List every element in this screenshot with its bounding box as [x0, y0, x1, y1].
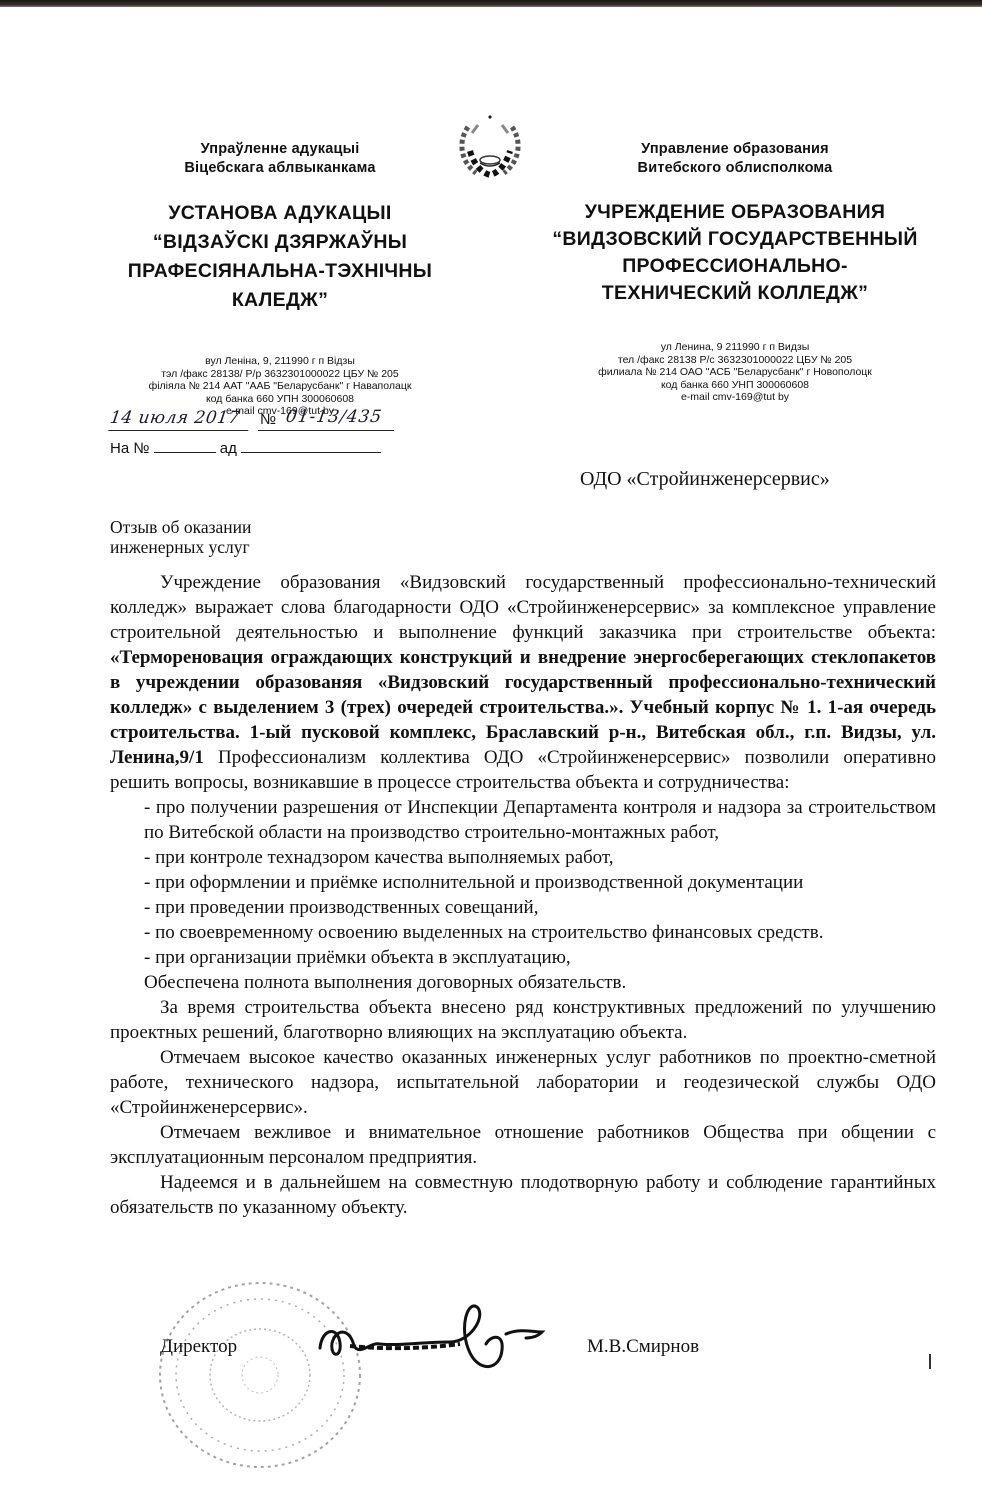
right-department-line: Управление образования: [545, 140, 925, 159]
left-header: Упраўленне адукацыі Віцебскага аблвыканк…: [110, 140, 450, 418]
list-item: - при оформлении и приёмке исполнительно…: [144, 870, 936, 895]
right-address: ул Ленина, 9 211990 г п Видзы тел /факс …: [545, 341, 925, 404]
signatory-name: М.В.Смирнов: [587, 1336, 699, 1358]
list-item: - при проведении производственных совеща…: [144, 895, 936, 920]
page-mark: [929, 1354, 931, 1369]
signatory-title: Директор: [160, 1336, 237, 1358]
left-institution-line: “ВІДЗАЎСКІ ДЗЯРЖАЎНЫ: [110, 228, 450, 257]
address-line: тел /факс 28138 Р/с 3632301000022 ЦБУ № …: [545, 354, 925, 367]
left-institution-line: КАЛЕДЖ”: [110, 286, 450, 315]
subject-line: Отзыв об оказании: [110, 517, 251, 537]
letter-body: Учреждение образования «Видзовский госуд…: [110, 570, 936, 1220]
handwritten-number: 01-13/435: [285, 407, 384, 427]
signature-scribble-icon: [310, 1298, 555, 1378]
number-label: №: [260, 411, 276, 428]
body-paragraph: Отмечаем высокое качество оказанных инже…: [110, 1045, 936, 1120]
body-paragraph: Отмечаем вежливое и внимательное отношен…: [110, 1120, 936, 1170]
right-department: Управление образования Витебского облисп…: [545, 140, 925, 178]
body-paragraph: Надеемся и в дальнейшем на совместную пл…: [110, 1170, 936, 1220]
address-line: код банка 660 УНП 300060608: [545, 379, 925, 392]
address-line: філіяла № 214 ААТ "ААБ "Беларусбанк" г Н…: [110, 380, 450, 393]
handwritten-date: 14 июля 2017: [108, 406, 252, 431]
body-paragraph: Обеспечена полнота выполнения договорных…: [110, 970, 936, 995]
right-header: Управление образования Витебского облисп…: [545, 140, 925, 404]
right-institution-line: “ВИДЗОВСКИЙ ГОСУДАРСТВЕННЫЙ: [545, 226, 925, 253]
address-line: ул Ленина, 9 211990 г п Видзы: [545, 341, 925, 354]
reply-number-blank: [154, 452, 216, 453]
reply-from-label: ад: [220, 440, 237, 457]
intro-paragraph: Учреждение образования «Видзовский госуд…: [110, 570, 936, 795]
scan-edge: [0, 0, 982, 7]
left-institution-line: УСТАНОВА АДУКАЦЫІ: [110, 199, 450, 228]
right-institution-line: ТЕХНИЧЕСКИЙ КОЛЛЕДЖ”: [545, 280, 925, 307]
left-institution: УСТАНОВА АДУКАЦЫІ “ВІДЗАЎСКІ ДЗЯРЖАЎНЫ П…: [110, 199, 450, 315]
list-item: - про получении разрешения от Инспекции …: [144, 795, 936, 845]
reply-to-line: На № ад: [110, 440, 381, 457]
right-institution-line: ПРОФЕССИОНАЛЬНО-: [545, 253, 925, 280]
list-item: - по своевременному освоению выделенных …: [144, 920, 936, 945]
subject-line: инженерных услуг: [110, 537, 251, 557]
address-line: e-mail cmv-169@tut by: [545, 391, 925, 404]
intro-tail: Профессионализм коллектива ОДО «Стройинж…: [110, 747, 936, 793]
body-paragraph: За время строительства объекта внесено р…: [110, 995, 936, 1045]
left-department: Упраўленне адукацыі Віцебскага аблвыканк…: [110, 140, 450, 178]
reference-number: № 01-13/435: [258, 406, 394, 431]
list-item: - при контроле технадзором качества выпо…: [144, 845, 936, 870]
reply-date-blank: [241, 452, 381, 453]
list-item: - при организации приёмки объекта в эксп…: [144, 945, 936, 970]
reply-to-label: На №: [110, 440, 149, 457]
right-institution: УЧРЕЖДЕНИЕ ОБРАЗОВАНИЯ “ВИДЗОВСКИЙ ГОСУД…: [545, 199, 925, 307]
address-line: вул Леніна, 9, 211990 г п Відзы: [110, 355, 450, 368]
left-department-line: Упраўленне адукацыі: [110, 140, 450, 159]
assistance-list: - про получении разрешения от Инспекции …: [110, 795, 936, 970]
subject: Отзыв об оказании инженерных услуг: [110, 517, 251, 557]
right-department-line: Витебского облисполкома: [545, 159, 925, 178]
left-institution-line: ПРАФЕСІЯНАЛЬНА-ТЭХНІЧНЫ: [110, 257, 450, 286]
reference-line: 14 июля 2017 № 01-13/435: [110, 406, 392, 432]
left-department-line: Віцебскага аблвыканкама: [110, 159, 450, 178]
address-line: филиала № 214 ОАО "АСБ "Беларусбанк" г Н…: [545, 366, 925, 379]
address-line: код банка 660 УПН 300060608: [110, 393, 450, 406]
right-institution-line: УЧРЕЖДЕНИЕ ОБРАЗОВАНИЯ: [545, 199, 925, 226]
state-emblem-icon: [454, 113, 526, 181]
intro-text: Учреждение образования «Видзовский госуд…: [110, 572, 936, 643]
recipient: ОДО «Стройинженерсервис»: [580, 468, 830, 491]
address-line: тэл /факс 28138/ Р/р 3632301000022 ЦБУ №…: [110, 368, 450, 381]
